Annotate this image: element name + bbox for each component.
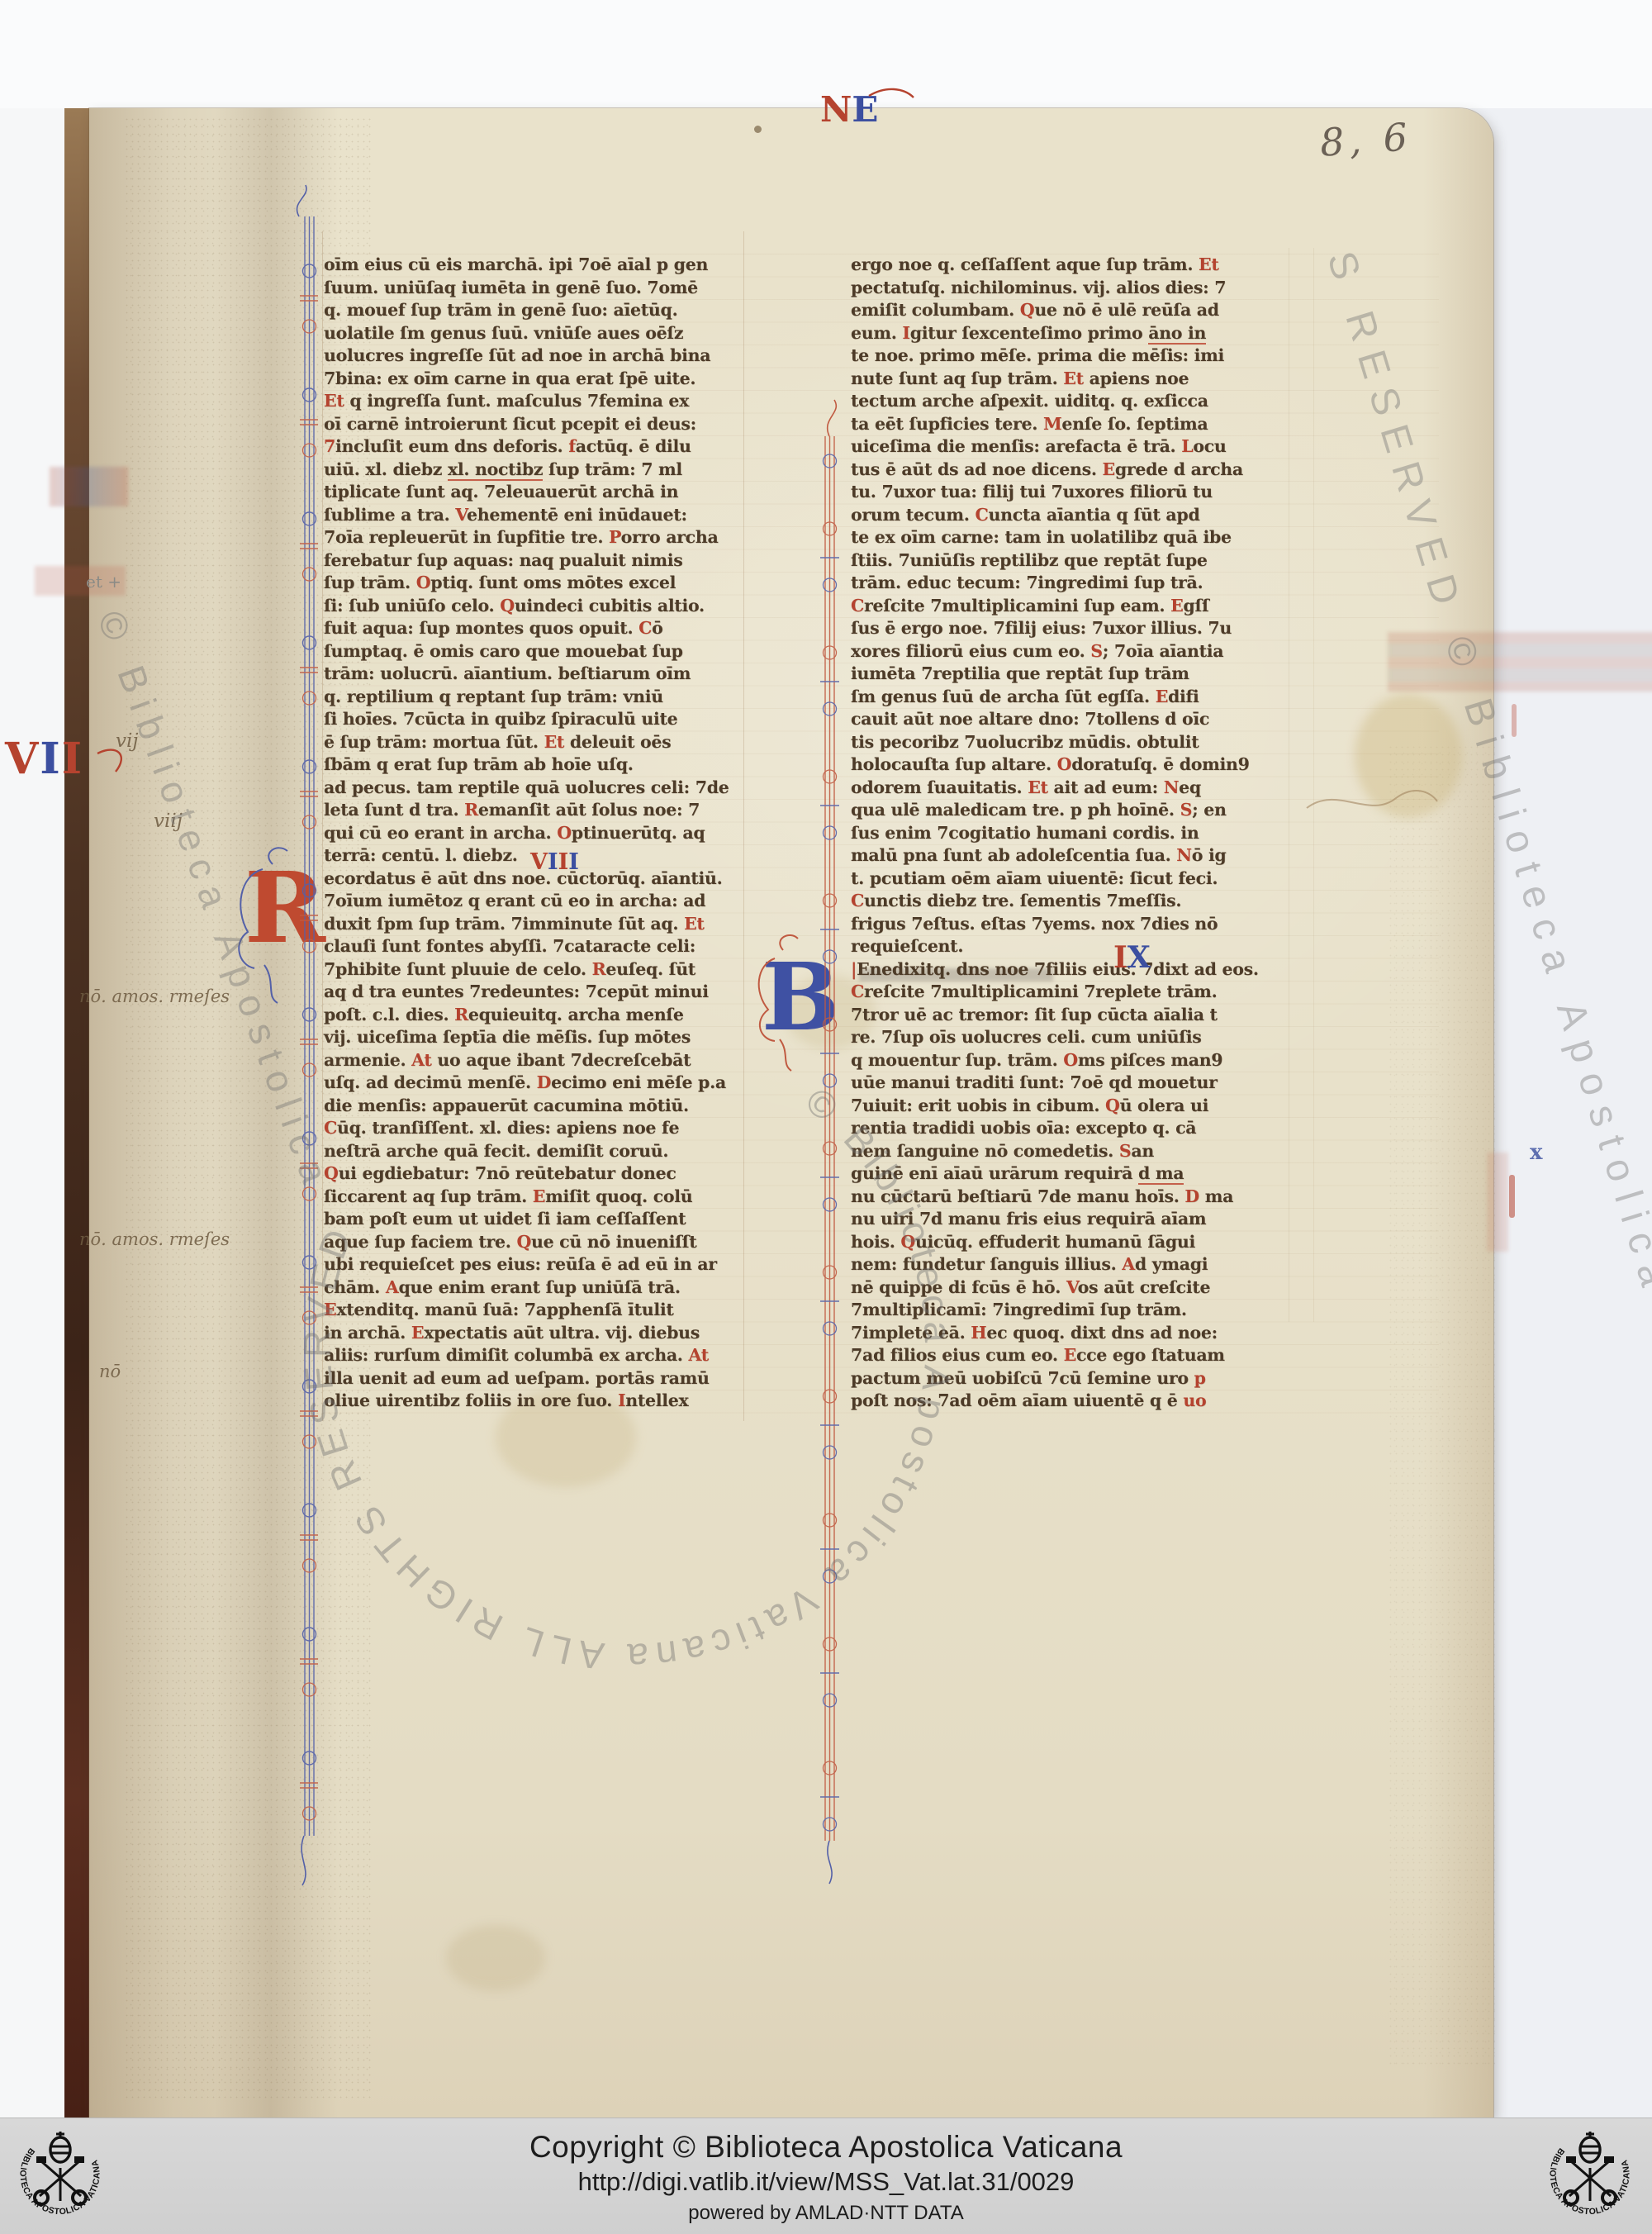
- marginal-note-2: nō. amos. rmeſes: [79, 1229, 230, 1249]
- manuscript-text-line: ubi requieſcet pes eius: reūſa ē ad eū i…: [324, 1253, 741, 1276]
- column2-paragraph-2: |Enedixitq. dns noe 7filiis eius. 7dixt …: [851, 958, 1206, 1413]
- manuscript-text-line: 7implete eā. Hec quoq. dixt dns ad noe:: [851, 1322, 1206, 1345]
- manuscript-text-line: ē ſup trām: mortua ſūt. Et deleuit oēs: [324, 731, 741, 754]
- book-binding-strip: [64, 108, 91, 2118]
- manuscript-column-1: oīm eius cū eis marchā. ipi 7oē aīal p g…: [324, 254, 741, 1413]
- manuscript-text-line: uſq. ad decimū menſē. Decimo eni mēſe p.…: [324, 1072, 741, 1095]
- manuscript-text-line: Cūq. tranſiſſent. xl. dies: apiens noe f…: [324, 1117, 741, 1140]
- manuscript-text-line: q. reptilium q reptant ſup trām: vniū: [324, 686, 741, 709]
- manuscript-text-line: requieſcent.: [851, 935, 1206, 958]
- folio-number: 8, 6: [1318, 114, 1413, 165]
- manuscript-text-line: ſm genus ſuū de archa ſūt egſſa. Edifi: [851, 686, 1206, 709]
- manuscript-text-line: ſbām q erat ſup trām ab hoīe uſq.: [324, 753, 741, 777]
- manuscript-column-2: ergo noe q. ceſſaſſent aque ſup trām. Et…: [851, 254, 1206, 1413]
- manuscript-text-line: q mouentur ſup. trām. Oms piſces man9: [851, 1049, 1206, 1072]
- manuscript-text-line: trām. educ tecum: 7ingredimi ſup trā.: [851, 572, 1206, 595]
- manuscript-text-line: oī carnē introierunt ſicut pcepit ei deu…: [324, 413, 741, 436]
- manuscript-text-line: oliue uirentibz foliis in ore ſuo. Intel…: [324, 1390, 741, 1413]
- column2-paragraph-1: ergo noe q. ceſſaſſent aque ſup trām. Et…: [851, 254, 1206, 958]
- manuscript-text-line: 7uiuit: erit uobis in cibum. Qū olera ui: [851, 1095, 1206, 1118]
- manuscript-text-line: te noe. primo mēſe. prima die mēſis: imi: [851, 345, 1206, 368]
- manuscript-text-line: uiū. xl. diebz xl. noctibz ſup trām: 7 m…: [324, 459, 741, 482]
- initial-b: B: [762, 952, 840, 1044]
- manuscript-text-line: ta eēt ſupficies tere. Menſe ſo. ſeptima: [851, 413, 1206, 436]
- manuscript-text-line: ad pecus. tam reptile quā uolucres celi:…: [324, 777, 741, 800]
- show-through-right-2: [1487, 1153, 1508, 1252]
- chapter-marker-ix-inline: IX: [1113, 940, 1151, 975]
- manuscript-text-line: Extenditq. manū ſuā: 7apphenſā ītulit: [324, 1299, 741, 1322]
- manuscript-text-line: tiplicate ſunt aq. 7eleuauerūt archā in: [324, 481, 741, 504]
- manuscript-text-line: ſtiis. 7uniūſis reptilibz que reptāt ſup…: [851, 549, 1206, 573]
- manuscript-text-line: 7oīum iumētoz q erant cū eo in archa: ad: [324, 890, 741, 913]
- ink-dot: [754, 126, 762, 133]
- chapter-marker-vii: VII: [5, 734, 83, 784]
- manuscript-text-line: leta ſunt d tra. Remanſit aūt ſolus noe:…: [324, 799, 741, 822]
- pencil-note: et +: [86, 572, 121, 592]
- manuscript-text-line: q. mouef ſup trām in genē ſuo: aīetūq.: [324, 299, 741, 322]
- manuscript-text-line: 7bina: ex oīm carne in qua erat ſpē uite…: [324, 368, 741, 391]
- margin-mark-red-bar: [1509, 1175, 1515, 1218]
- stain-bottom: [446, 1925, 545, 1991]
- manuscript-text-line: 7ad filios eius cum eo. Ecce ego ſtatuam: [851, 1344, 1206, 1367]
- margin-mark-red-bar-2: [1512, 704, 1517, 737]
- footer-url: http://digi.vatlib.it/view/MSS_Vat.lat.3…: [0, 2167, 1652, 2197]
- manuscript-text-line: poſt. c.l. dies. Requieuitq. archa menſe: [324, 1004, 741, 1027]
- manuscript-text-line: chām. Aque enim erant ſup uniūſā trā.: [324, 1276, 741, 1300]
- vatican-library-logo-right: BIBLIOTECA APOSTOLICA VATICANA: [1538, 2125, 1642, 2229]
- manuscript-text-line: Qui egdiebatur: 7nō reūtebatur donec: [324, 1162, 741, 1186]
- manuscript-text-line: qua ulē maledicam tre. p ph hoīnē. S; en: [851, 799, 1206, 822]
- manuscript-text-line: nu uiri 7d manu fris eius requirā aīam: [851, 1208, 1206, 1231]
- manuscript-text-line: xores filiorū eius cum eo. S; 7oīa aīant…: [851, 640, 1206, 663]
- footer-powered-by: powered by AMLAD·NTT DATA: [0, 2202, 1652, 2225]
- manuscript-text-line: tus ē aūt ds ad noe dicens. Egrede d arc…: [851, 459, 1206, 482]
- manuscript-text-line: illa uenit ad eum ad ueſpam. portās ramū: [324, 1367, 741, 1390]
- manuscript-text-line: aliis: rurſum dimiſit columbā ex archa. …: [324, 1344, 741, 1367]
- manuscript-text-line: aque ſup faciem tre. Que cū nō inueniſſt: [324, 1231, 741, 1254]
- manuscript-text-line: ſuum. uniūſaq iumēta in genē ſuo. 7omē: [324, 277, 741, 300]
- manuscript-text-line: uūe manui traditi ſunt: 7oē qd mouetur: [851, 1072, 1206, 1095]
- ruling-vertical-2: [743, 231, 744, 1421]
- manuscript-text-line: pactum meū uobiſcū 7cū ſemine uro p: [851, 1367, 1206, 1390]
- chapter-marker-viii-inline: VIII: [530, 849, 579, 875]
- manuscript-text-line: nē quippe di fcūs ē hō. Vos aūt creſcite: [851, 1276, 1206, 1300]
- manuscript-text-line: fuit aqua: ſup montes quos opuit. Cō: [324, 617, 741, 640]
- manuscript-text-line: 7tror uē ac tremor: ſit ſup cūcta aīalia…: [851, 1004, 1206, 1027]
- show-through-right: [1388, 632, 1652, 692]
- manuscript-text-line: ferebatur ſup aquas: naq pualuit nimis: [324, 549, 741, 573]
- manuscript-text-line: hois. Quicūq. effuderit humanū ſāgui: [851, 1231, 1206, 1254]
- manuscript-text-line: nem ſanguine nō comedetis. San: [851, 1140, 1206, 1163]
- manuscript-text-line: holocauſta ſup altare. Odoratuſq. ē domi…: [851, 753, 1206, 777]
- manuscript-text-line: nem: fundetur ſanguis illius. Ad ymagi: [851, 1253, 1206, 1276]
- manuscript-text-line: bam poſt eum ut uidet ſi iam ceſſaſſent: [324, 1208, 741, 1231]
- initial-r: R: [244, 859, 325, 957]
- footer-copyright: Copyright © Biblioteca Apostolica Vatica…: [0, 2130, 1652, 2165]
- manuscript-text-line: nu cūctarū beſtiarū 7de manu hoīs. D ma: [851, 1186, 1206, 1209]
- manuscript-text-line: ergo noe q. ceſſaſſent aque ſup trām. Et: [851, 254, 1206, 277]
- manuscript-text-line: poſt nos: 7ad oēm aīam uiuentē q ē uo: [851, 1390, 1206, 1413]
- manuscript-text-line: neſtrā arche quā fecit. demiſit coruū.: [324, 1140, 741, 1163]
- manuscript-text-line: 7incluſit eum dns deforis. factūq. ē dil…: [324, 435, 741, 459]
- manuscript-text-line: in archā. Expectatis aūt ultra. vij. die…: [324, 1322, 741, 1345]
- show-through-left-1: [50, 467, 128, 506]
- manuscript-text-line: ſumptaq. ē omis caro que mouebat ſup: [324, 640, 741, 663]
- manuscript-text-line: oīm eius cū eis marchā. ipi 7oē aīal p g…: [324, 254, 741, 277]
- manuscript-text-line: clauſi ſunt fontes abyſſi. 7cataracte ce…: [324, 935, 741, 958]
- manuscript-text-line: Creſcite 7multiplicamini 7replete trām.: [851, 981, 1206, 1004]
- manuscript-text-line: qui cū eo erant in archa. Optinuerūtq. a…: [324, 822, 741, 845]
- manuscript-text-line: eum. Igitur ſexcenteſimo primo āno in: [851, 322, 1206, 345]
- manuscript-text-line: iumēta 7reptilia que reptāt ſup trām: [851, 663, 1206, 686]
- manuscript-text-line: pectatuſq. nichilominus. vij. alios dies…: [851, 277, 1206, 300]
- manuscript-text-line: uolucres ingreſſe ſūt ad noe in archā bi…: [324, 345, 741, 368]
- column1-paragraph-2: ecordatus ē aūt dns noe. cūctorūq. aīant…: [324, 867, 741, 1413]
- margin-mark-x: x: [1530, 1140, 1543, 1165]
- running-title: NE: [820, 89, 878, 130]
- manuscript-text-line: die menſis: appauerūt cacumina mōtiū.: [324, 1095, 741, 1118]
- ruling-vertical-1: [322, 231, 323, 1421]
- manuscript-text-line: uiceſima die menſis: arefacta ē trā. Loc…: [851, 435, 1206, 459]
- manuscript-text-line: re. 7ſup oīs uolucres celi. cum uniūſis: [851, 1026, 1206, 1049]
- manuscript-text-line: ſus enim 7cogitatio humani cordis. in: [851, 822, 1206, 845]
- manuscript-text-line: t. pcutiam oēm aīam uiuentē: ſicut feci.: [851, 867, 1206, 891]
- manuscript-text-line: malū pna ſunt ab adoleſcentia ſua. Nō ig: [851, 844, 1206, 867]
- manuscript-text-line: tectum arche aſpexit. uiditq. q. exſicca: [851, 390, 1206, 413]
- footer-bar: Copyright © Biblioteca Apostolica Vatica…: [0, 2118, 1652, 2234]
- manuscript-text-line: ſiccarent aq ſup trām. Emiſit quoq. colū: [324, 1186, 741, 1209]
- stain-right-margin: [1355, 694, 1462, 818]
- manuscript-text-line: ſup trām. Optiq. ſunt oms mōtes excel: [324, 572, 741, 595]
- manuscript-text-line: 7phibite ſunt pluuie de celo. Reuſeq. ſū…: [324, 958, 741, 982]
- manuscript-text-line: te ex oīm carne: tam in uolatilibz quā i…: [851, 526, 1206, 549]
- manuscript-text-line: ſus ē ergo noe. 7filij eius: 7uxor illiu…: [851, 617, 1206, 640]
- manuscript-text-line: rentia tradidi uobis oīa: excepto q. cā: [851, 1117, 1206, 1140]
- manuscript-text-line: |Enedixitq. dns noe 7filiis eius. 7dixt …: [851, 958, 1206, 982]
- manuscript-text-line: cauit aūt noe altare dno: 7tollens d oīc: [851, 708, 1206, 731]
- manuscript-text-line: ſi: ſub uniūſo celo. Quindeci cubitis al…: [324, 595, 741, 618]
- marginal-note-3: nō: [99, 1362, 121, 1381]
- manuscript-text-line: duxit ſpm ſup trām. 7imminute ſūt aq. Et: [324, 913, 741, 936]
- manuscript-text-line: ſublime a tra. Vehementē eni inūdauet:: [324, 504, 741, 527]
- ruling-vertical-3: [1289, 248, 1289, 1322]
- manuscript-text-line: Et q ingreſſa ſunt. maſculus 7femina ex: [324, 390, 741, 413]
- manuscript-text-line: tis pecoribz 7uolucribz mūdis. obtulit: [851, 731, 1206, 754]
- manuscript-text-line: 7oīa repleuerūt in ſupfitie tre. Porro a…: [324, 526, 741, 549]
- manuscript-text-line: Cunctis diebz tre. ſementis 7meſſis.: [851, 890, 1206, 913]
- ruling-vertical-4: [1313, 248, 1314, 1322]
- manuscript-text-line: tu. 7uxor tua: filij tui 7uxores filiorū…: [851, 481, 1206, 504]
- background-left-margin: [0, 108, 64, 2118]
- manuscript-text-line: ſi hoīes. 7cūcta in quibz ſpiraculū uite: [324, 708, 741, 731]
- manuscript-text-line: Creſcite 7multiplicamini ſup eam. Egſſ: [851, 595, 1206, 618]
- manuscript-text-line: emiſit columbam. Que nō ē ulē reūſa ad: [851, 299, 1206, 322]
- manuscript-text-line: uolatile ſm genus ſuū. vniūſe aues oēſz: [324, 322, 741, 345]
- manuscript-text-line: frigus 7eſtus. eſtas 7yems. nox 7dies nō: [851, 913, 1206, 936]
- digitized-manuscript-viewer: NE 8, 6 oīm eius cū eis marchā. ipi 7oē …: [0, 0, 1652, 2234]
- marginal-note-1: nō. amos. rmeſes: [79, 986, 230, 1006]
- manuscript-text-line: vij. uiceſima ſeptīa die mēſis. ſup mōte…: [324, 1026, 741, 1049]
- manuscript-text-line: guinē enī aīaū urārum requirā d ma: [851, 1162, 1206, 1186]
- manuscript-text-line: orum tecum. Cuncta aīantia q ſūt apd: [851, 504, 1206, 527]
- manuscript-text-line: nute ſunt aq ſup trām. Et apiens noe: [851, 368, 1206, 391]
- manuscript-text-line: 7multiplicamī: 7ingredimī ſup trām.: [851, 1299, 1206, 1322]
- manuscript-text-line: aq d tra euntes 7redeuntes: 7cepūt minui: [324, 981, 741, 1004]
- vatican-library-logo-left: BIBLIOTECA APOSTOLICA VATICANA: [8, 2125, 112, 2229]
- manuscript-text-line: trām: uolucrū. aīantium. beſtiarum oīm: [324, 663, 741, 686]
- manuscript-text-line: odorem ſuauitatis. Et ait ad eum: Neq: [851, 777, 1206, 800]
- column1-paragraph-1: oīm eius cū eis marchā. ipi 7oē aīal p g…: [324, 254, 741, 867]
- manuscript-text-line: armenie. At uo aque ibant 7decreſcebāt: [324, 1049, 741, 1072]
